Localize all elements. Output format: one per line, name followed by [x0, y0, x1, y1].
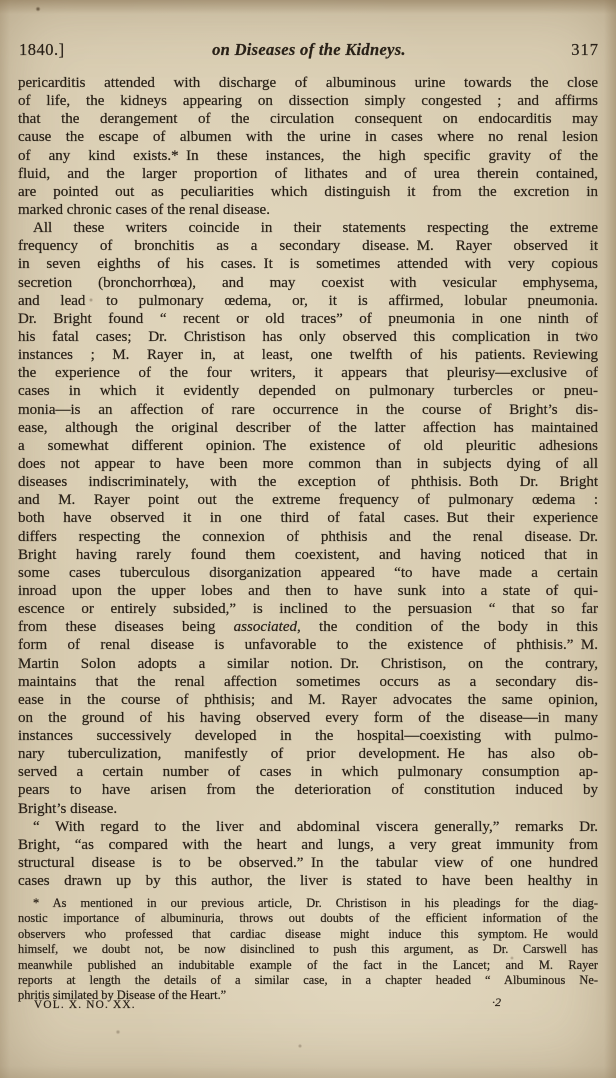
text-line: on the ground of his having observed eve… — [18, 709, 598, 727]
text-line: Bright’s disease. — [18, 800, 598, 818]
text-line: ease in the course of phthisis; and M. R… — [18, 691, 598, 709]
footnote-block: * As mentioned in our previous article, … — [18, 896, 598, 1004]
page-footer: VOL. X. NO. XX. ·2 — [34, 999, 598, 1017]
text-line: maintains that the renal affection somet… — [18, 673, 598, 691]
text-line: cases in which it evidently depended on … — [18, 382, 598, 400]
text-line: from these diseases being associated, th… — [18, 618, 598, 636]
text-line: frequency of bronchitis as a secondary d… — [18, 237, 598, 255]
text-line: and lead to pulmonary œdema, or, it is a… — [18, 292, 598, 310]
text-line: secretion (bronchorrhœa), and may coexis… — [18, 274, 598, 292]
text-line: “ With regard to the liver and abdominal… — [18, 818, 598, 836]
text-line: ease, although the original describer of… — [18, 419, 598, 437]
text-line: pears to have arisen from the deteriorat… — [18, 781, 598, 799]
journal-page: 1840.] on Diseases of the Kidneys. 317 p… — [0, 0, 616, 1078]
text-line: that the derangement of the circulation … — [18, 110, 598, 128]
text-line: a somewhat different opinion. The existe… — [18, 437, 598, 455]
text-line: diseases indiscriminately, with the exce… — [18, 473, 598, 491]
volume-label: VOL. X. NO. XX. — [34, 999, 136, 1011]
text-line: instances ; M. Rayer in, at least, one t… — [18, 346, 598, 364]
text-line: some cases tuberculous disorganization a… — [18, 564, 598, 582]
text-line: meanwhile published an indubitable examp… — [18, 958, 598, 973]
text-line: in seven eighths of his cases. It is som… — [18, 255, 598, 273]
text-line: Dr. Bright found “ recent or old traces”… — [18, 310, 598, 328]
text-line: his fatal cases; Dr. Christison has only… — [18, 328, 598, 346]
text-line: Bright having rarely found them coexiste… — [18, 546, 598, 564]
article-body: pericarditis attended with discharge of … — [18, 74, 598, 890]
page-header: 1840.] on Diseases of the Kidneys. 317 — [19, 40, 599, 62]
text-line: both have observed it in one third of fa… — [18, 509, 598, 527]
text-line: the experience of the four writers, it a… — [18, 364, 598, 382]
text-line: inroad upon the upper lobes and then to … — [18, 582, 598, 600]
text-line: Martin Solon adopts a similar notion. Dr… — [18, 655, 598, 673]
text-line: form of renal disease is unfavorable to … — [18, 636, 598, 654]
text-line: * As mentioned in our previous article, … — [18, 896, 598, 911]
text-line: nary tuberculization, manifestly of prio… — [18, 745, 598, 763]
text-line: nostic importance of albuminuria, throws… — [18, 911, 598, 926]
header-page-number: 317 — [571, 40, 599, 60]
text-line: observers who professed that cardiac dis… — [18, 927, 598, 942]
text-line: fluid, and the larger proportion of lith… — [18, 165, 598, 183]
text-line: marked chronic cases of the renal diseas… — [18, 201, 598, 219]
text-line: cause the escape of albumen with the uri… — [18, 128, 598, 146]
text-line: does not appear to have been more common… — [18, 455, 598, 473]
text-line: reports at length the details of a simil… — [18, 973, 598, 988]
text-line: Bright, “as compared with the heart and … — [18, 836, 598, 854]
signature-mark: ·2 — [492, 995, 501, 1010]
text-line: differs respecting the connexion of phth… — [18, 528, 598, 546]
text-line: pericarditis attended with discharge of … — [18, 74, 598, 92]
text-line: All these writers coincide in their stat… — [18, 219, 598, 237]
text-line: of life, the kidneys appearing on dissec… — [18, 92, 598, 110]
text-line: are pointed out as peculiarities which d… — [18, 183, 598, 201]
text-line: himself, we doubt not, be now disincline… — [18, 942, 598, 957]
header-running-title: on Diseases of the Kidneys. — [19, 40, 599, 60]
text-line: of any kind exists.* In these instances,… — [18, 147, 598, 165]
text-line: escence or entirely subsided,” is inclin… — [18, 600, 598, 618]
text-line: and M. Rayer point out the extreme frequ… — [18, 491, 598, 509]
text-line: structural disease is to be observed.” I… — [18, 854, 598, 872]
text-line: served a certain number of cases in whic… — [18, 763, 598, 781]
text-line: monia—is an affection of rare occurrence… — [18, 401, 598, 419]
text-line: cases drawn up by this author, the liver… — [18, 872, 598, 890]
text-line: instances successively developed in the … — [18, 727, 598, 745]
